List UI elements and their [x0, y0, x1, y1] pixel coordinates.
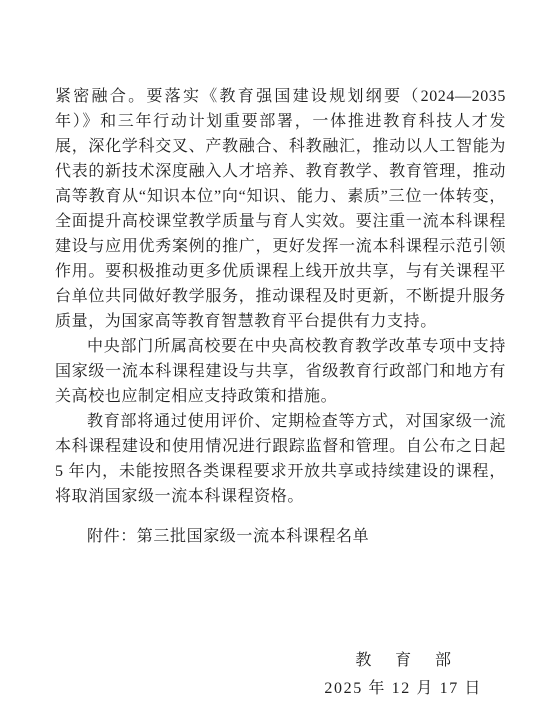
signature-date: 2025 年 12 月 17 日 — [324, 676, 482, 701]
paragraphs: 紧密融合。要落实《教育强国建设规划纲要（2024—2035 年）》和三年行动计划… — [55, 84, 506, 509]
document-body: 紧密融合。要落实《教育强国建设规划纲要（2024—2035 年）》和三年行动计划… — [55, 84, 506, 549]
signer-name: 教 育 部 — [324, 648, 482, 673]
paragraph: 紧密融合。要落实《教育强国建设规划纲要（2024—2035 年）》和三年行动计划… — [55, 84, 506, 334]
signature-block: 教 育 部 2025 年 12 月 17 日 — [324, 648, 482, 701]
attachment-line: 附件：第三批国家级一流本科课程名单 — [55, 524, 506, 549]
document-page: 紧密融合。要落实《教育强国建设规划纲要（2024—2035 年）》和三年行动计划… — [0, 0, 554, 707]
paragraph: 教育部将通过使用评价、定期检查等方式，对国家级一流本科课程建设和使用情况进行跟踪… — [55, 409, 506, 509]
paragraph: 中央部门所属高校要在中央高校教育教学改革专项中支持国家级一流本科课程建设与共享，… — [55, 334, 506, 409]
